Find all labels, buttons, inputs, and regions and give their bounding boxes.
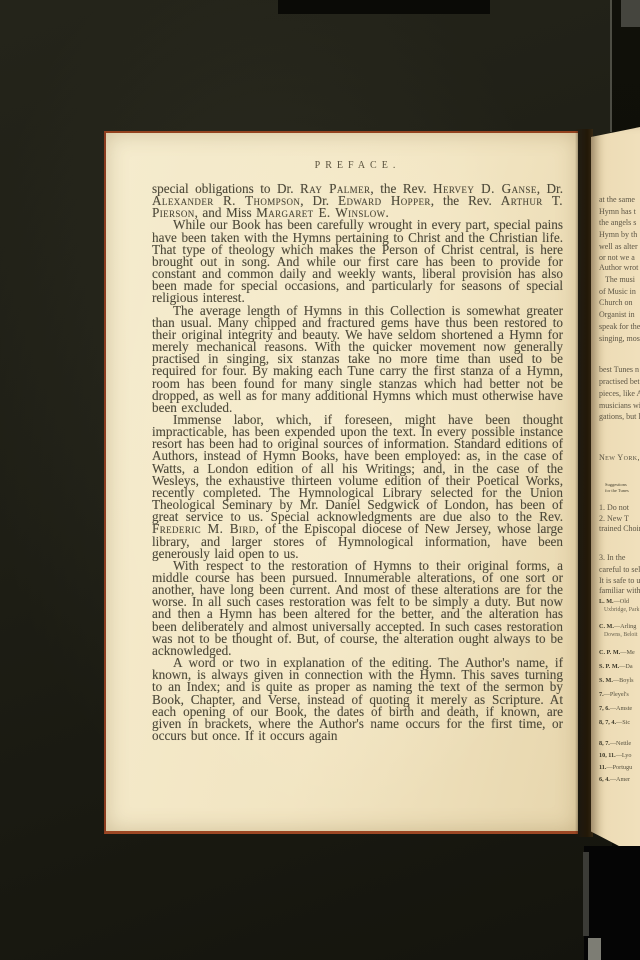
recto-fragment-line: 3. In the	[599, 553, 625, 562]
recto-fragment-line: 2. New T	[599, 514, 629, 523]
paragraph: Immense labor, which, if foreseen, might…	[152, 414, 563, 560]
paragraph: While our Book has been carefully wrough…	[152, 219, 563, 304]
recto-fragment-line: Hymn has t	[599, 207, 636, 216]
page-title: PREFACE.	[152, 160, 563, 171]
page-gutter-shadow	[575, 129, 593, 837]
recto-fragment-line: Church on	[599, 298, 633, 307]
photo-dark-strip	[278, 0, 490, 14]
book-page-recto-edge: at the sameHymn has tthe angels sHymn by…	[591, 127, 640, 857]
recto-fragment-line: familiar with	[599, 586, 640, 595]
recto-fragment-line: best Tunes n	[599, 365, 639, 374]
recto-fragment-line: musicians wil	[599, 401, 640, 410]
recto-fragment-line: It is safe to u	[599, 576, 640, 585]
recto-fragment-line: of Music in	[599, 287, 636, 296]
photo-bottom-sliver	[583, 852, 589, 936]
bold-label: 10, 11.	[599, 752, 616, 759]
recto-fragment-line: The musi	[605, 275, 635, 284]
recto-fragment-line: C. M.—Arling	[599, 623, 636, 630]
recto-fragment-line: singing, most	[599, 334, 640, 343]
bold-label: 8, 7, 4.	[599, 719, 616, 726]
bold-label: 7, 6.	[599, 705, 610, 712]
paragraph: The average length of Hymns in this Coll…	[152, 305, 563, 414]
recto-fragment-line: well as alter	[599, 242, 638, 251]
recto-fragment-line: the angels s	[599, 218, 636, 227]
recto-fragment-line: Author wrot	[599, 263, 638, 272]
recto-fragment-line: 8, 7, 4.—Sic	[599, 719, 630, 726]
recto-fragment-line: at the same	[599, 195, 635, 204]
bold-label: C. P. M.	[599, 649, 620, 656]
recto-fragment-line: S. P. M.—Da	[599, 663, 633, 670]
scanned-book-photo: { "colors": { "background": "#1f1f16", "…	[0, 0, 640, 960]
bold-label: 6, 4.	[599, 776, 610, 783]
paragraph: special obligations to Dr. Ray Palmer, t…	[152, 183, 563, 219]
book-page-verso: PREFACE. special obligations to Dr. Ray …	[104, 131, 578, 834]
paragraph: With respect to the restoration of Hymns…	[152, 560, 563, 657]
recto-fragment-line: speak for the	[599, 322, 640, 331]
paragraph: A word or two in explanation of the edit…	[152, 657, 563, 742]
small-caps-name: Frederic M. Bird	[152, 521, 256, 536]
recto-fragment-line: L. M.—Old	[599, 598, 629, 605]
recto-fragment-line: Hymn by th	[599, 230, 637, 239]
recto-fragment-line: gations, but l	[599, 412, 640, 421]
recto-fragment-line: New York,	[599, 453, 640, 462]
bold-label: 8, 7.	[599, 740, 610, 747]
bold-label: 11.	[599, 764, 606, 771]
bold-label: L. M.	[599, 598, 614, 605]
recto-fragment-line: 11.—Portugu	[599, 764, 632, 771]
recto-fragment-line: Organist in	[599, 310, 635, 319]
bold-label: S. M.	[599, 677, 613, 684]
bold-label: S. P. M.	[599, 663, 619, 670]
recto-fragment-line: 8, 7.—Nettle	[599, 740, 631, 747]
recto-fragment-line: for the Tunes	[605, 488, 629, 493]
recto-fragment-line: S. M.—Boyls	[599, 677, 634, 684]
photo-bottom-patch	[588, 938, 601, 960]
recto-fragment-line: trained Choir	[599, 524, 640, 533]
recto-fragment-line: Uxbridge, Park	[604, 607, 639, 614]
bold-label: 7.	[599, 691, 604, 698]
recto-fragment-line: practised bet	[599, 377, 640, 386]
recto-fragment-line: 7, 6.—Amste	[599, 705, 632, 712]
recto-fragment-line: C. P. M.—Me	[599, 649, 635, 656]
recto-fragment-line: Suggestions	[605, 482, 627, 487]
recto-fragment-line: 10, 11.—Lyo	[599, 752, 632, 759]
recto-fragment-line: 1. Do not	[599, 503, 629, 512]
recto-fragment-line: pieces, like A	[599, 389, 640, 398]
recto-fragment-line: 7.—Pleyel's	[599, 691, 629, 698]
page-content: PREFACE. special obligations to Dr. Ray …	[106, 133, 578, 742]
recto-fragment-line: careful to sel	[599, 565, 640, 574]
book-spine-line	[610, 0, 612, 132]
bold-label: C. M.	[599, 623, 614, 630]
recto-fragment-line: Downs, Beloit	[604, 632, 638, 639]
photo-corner-highlight	[621, 0, 640, 27]
recto-fragment-line: or not we a	[599, 253, 635, 262]
preface-body: special obligations to Dr. Ray Palmer, t…	[152, 183, 563, 742]
recto-fragment-line: 6, 4.—Amer	[599, 776, 630, 783]
